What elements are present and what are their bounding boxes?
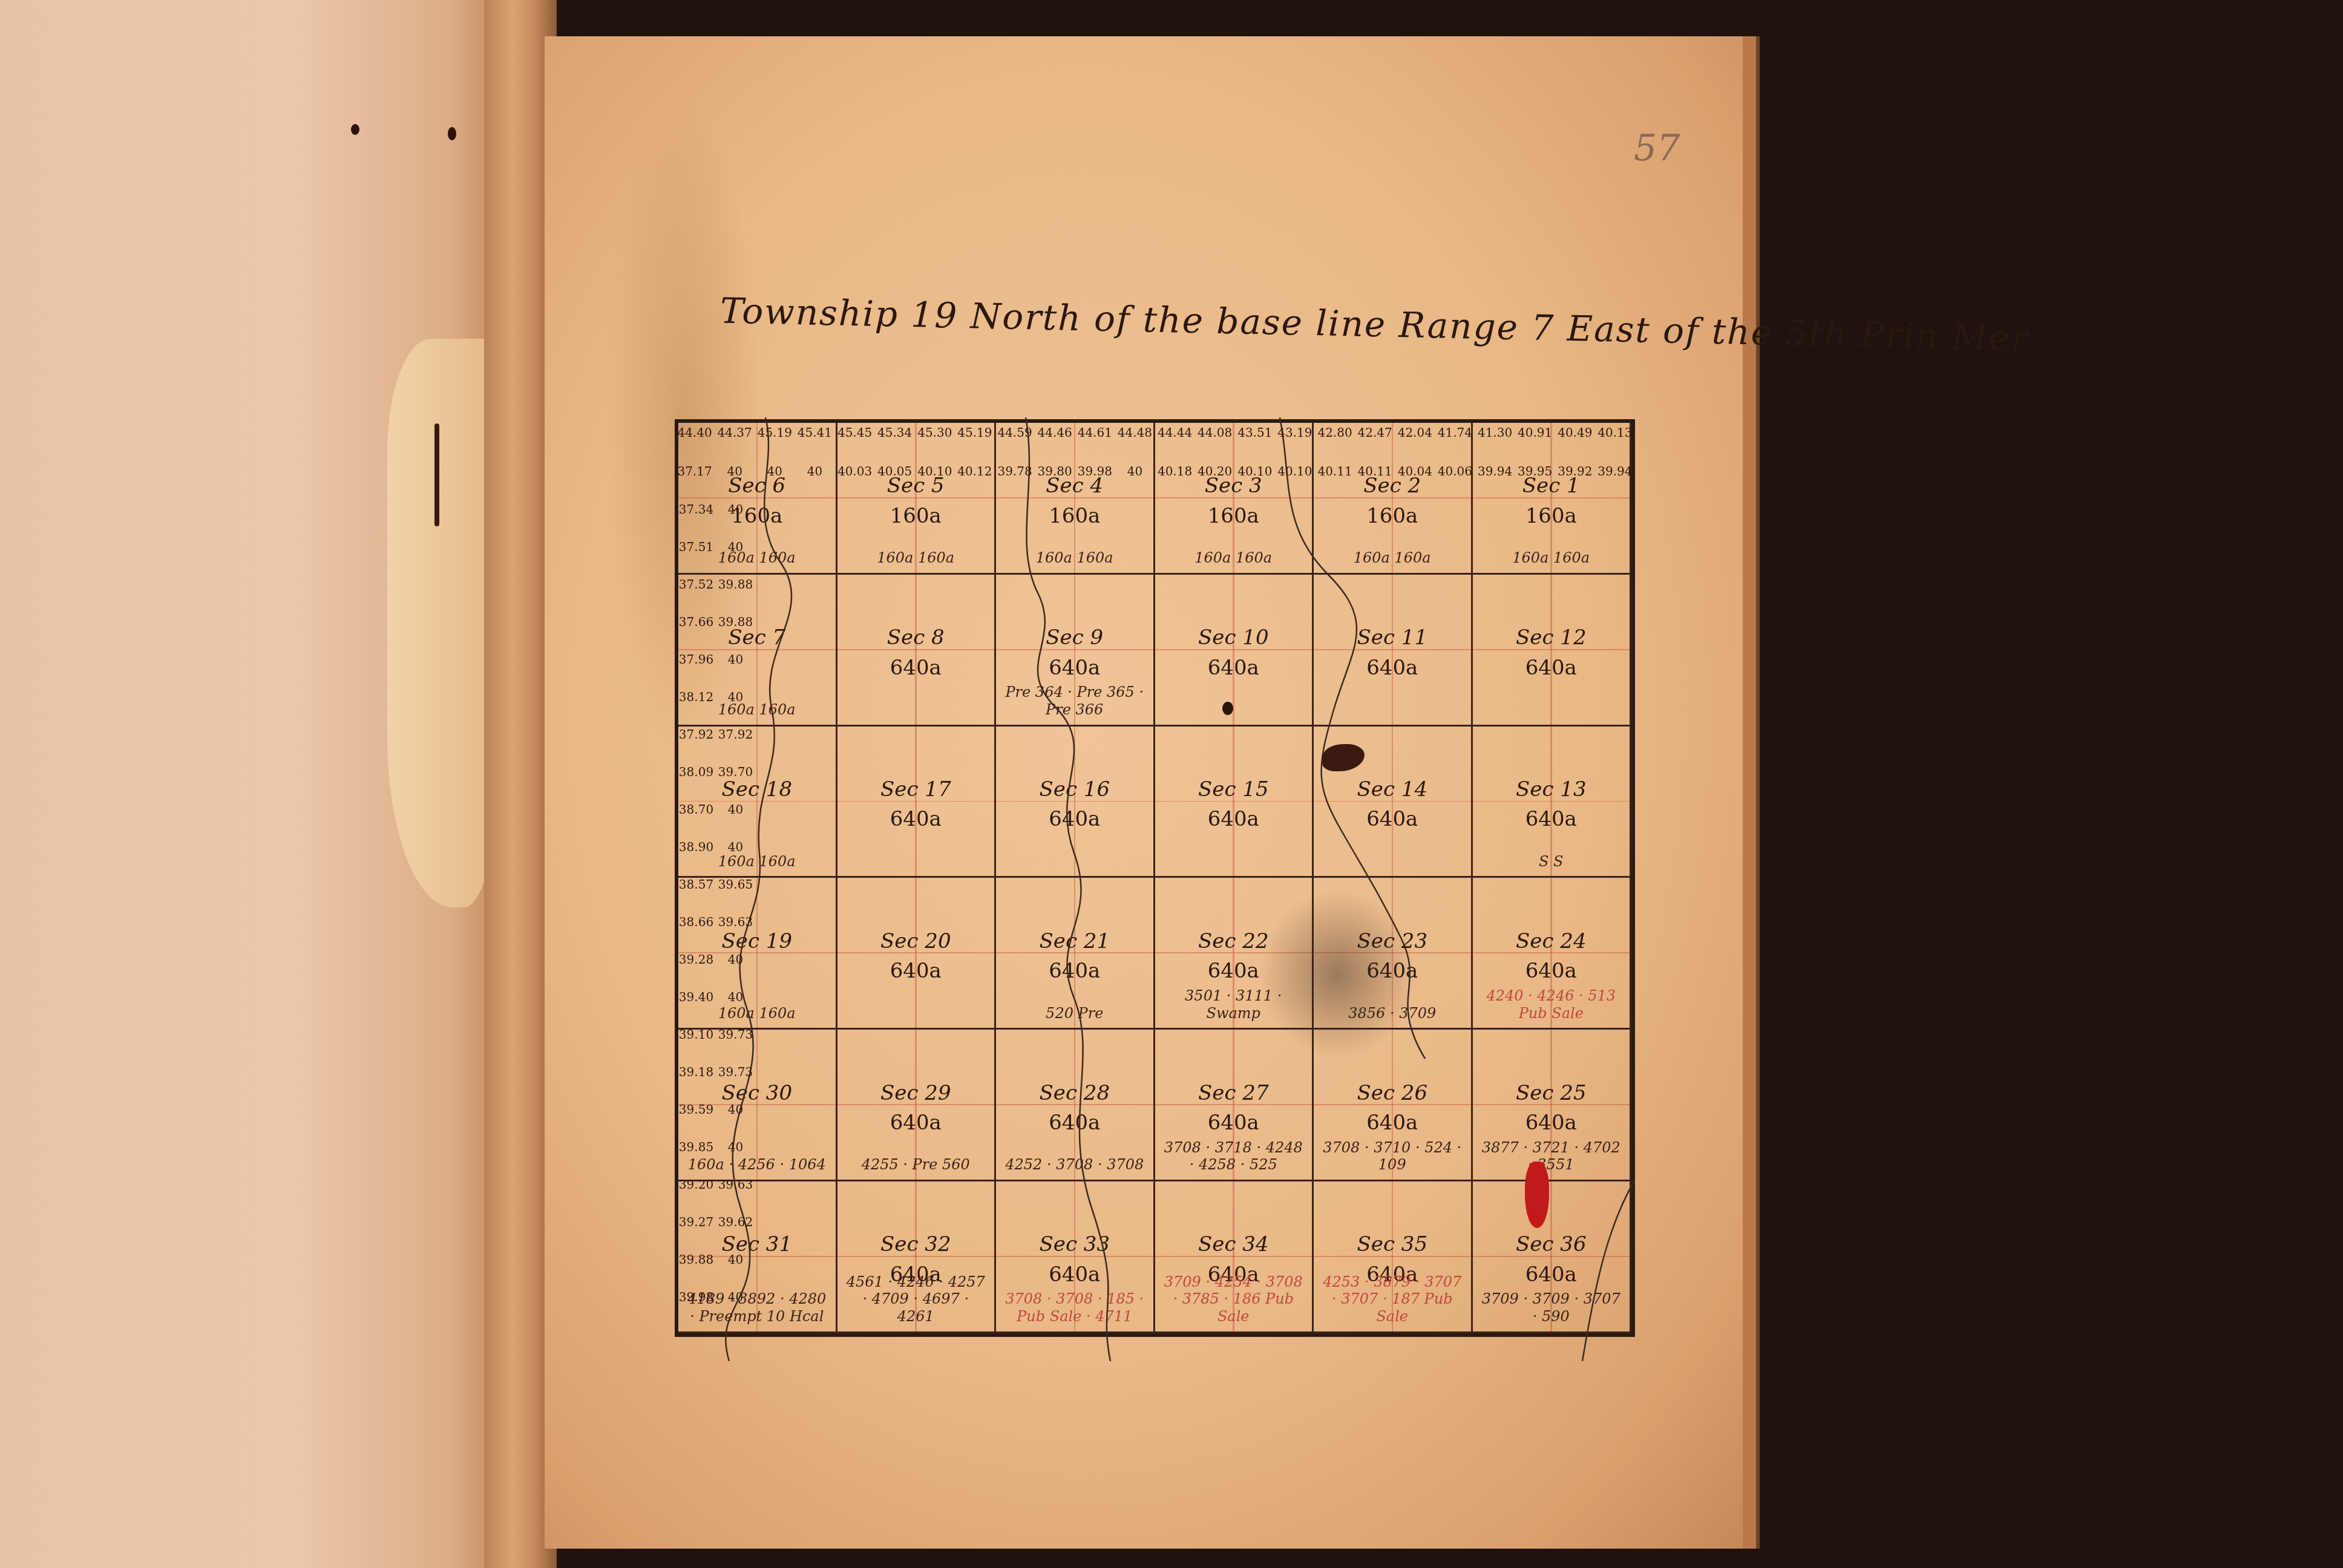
lot-acreage: 39.98 — [677, 1290, 716, 1304]
section-cell: Sec 15640a — [1155, 727, 1314, 878]
section-notes: 3709 · 4254 · 3708 · 3785 · 186 Pub Sale — [1160, 1273, 1308, 1325]
lot-acreage: 37.66 — [677, 615, 716, 629]
red-ink-stain — [1525, 1161, 1549, 1228]
west-lot-row: 39.4040 — [677, 990, 755, 1004]
section-cell: Sec 35640a4253 · 3879 · 3707 · 3707 · 18… — [1314, 1181, 1473, 1333]
west-lot-row: 38.6639.63 — [677, 915, 755, 929]
lot-acreage: 40 — [716, 990, 755, 1004]
section-acreage: 640a — [837, 1111, 995, 1135]
lot-acreage: 37.34 — [677, 502, 716, 517]
section-label: Sec 21 — [996, 929, 1153, 953]
section-notes: 520 Pre — [1001, 1005, 1149, 1022]
lot-acreage: 45.41 — [795, 425, 834, 440]
lot-acreage: 40.11 — [1315, 464, 1355, 479]
west-lot-row: 37.5239.88 — [677, 577, 755, 592]
lot-acreage: 40 — [716, 840, 755, 854]
lot-acreage: 39.88 — [677, 1252, 716, 1267]
lot-acreage: 42.47 — [1355, 425, 1395, 440]
section-notes: S S — [1478, 853, 1625, 871]
section-acreage: 640a — [1155, 807, 1312, 831]
lot-acreage: 40.12 — [955, 464, 995, 479]
section-acreage: 160a — [1155, 504, 1312, 528]
lot-acreage: 37.96 — [677, 652, 716, 667]
lot-acreage: 39.59 — [677, 1102, 716, 1117]
lot-acreage: 39.73 — [716, 1027, 755, 1042]
west-lot-row: 39.1839.73 — [677, 1065, 755, 1079]
lot-acreage: 38.70 — [677, 802, 716, 817]
section-cell: Sec 3160a160a 160a — [1155, 423, 1314, 575]
lot-acreage: 40.03 — [835, 464, 875, 479]
section-label: Sec 15 — [1155, 777, 1312, 802]
west-lot-row: 39.8840 — [677, 1252, 755, 1267]
lot-acreage: 39.73 — [716, 1065, 755, 1079]
lot-acreage: 39.88 — [716, 615, 755, 629]
lot-acreage: 39.88 — [716, 577, 755, 592]
section-notes: 160a · 4256 · 1064 — [683, 1156, 831, 1174]
lot-acreage: 40.20 — [1195, 464, 1235, 479]
section-notes: 4561 · 4246 · 4257 · 4709 · 4697 · 4261 — [842, 1273, 990, 1325]
section-cell: Sec 34640a3709 · 4254 · 3708 · 3785 · 18… — [1155, 1181, 1314, 1333]
section-cell: Sec 16640a — [996, 727, 1155, 878]
section-notes: 3708 · 3708 · 185 · Pub Sale · 4711 — [1001, 1290, 1149, 1325]
section-acreage: 640a — [837, 807, 995, 831]
lot-acreage: 39.80 — [1035, 464, 1075, 479]
section-notes: 160a 160a — [1160, 549, 1308, 567]
lot-acreage: 44.46 — [1035, 425, 1075, 440]
lot-acreage: 40 — [716, 502, 755, 517]
lot-acreage: 39.65 — [716, 877, 755, 892]
section-notes: 160a 160a — [683, 1005, 831, 1022]
lot-acreage: 40.49 — [1555, 425, 1595, 440]
lot-acreage: 42.80 — [1315, 425, 1355, 440]
page-number: 57 — [1634, 127, 1680, 169]
lot-acreage: 39.98 — [1075, 464, 1115, 479]
section-label: Sec 26 — [1314, 1081, 1471, 1105]
section-notes: Pre 364 · Pre 365 · Pre 366 — [1001, 684, 1149, 719]
township-grid: Sec 6160a160a 160aSec 5160a160a 160aSec … — [675, 419, 1635, 1337]
page-tear-slit — [434, 423, 439, 526]
lot-acreage: 40 — [755, 464, 795, 479]
lot-acreage: 45.45 — [835, 425, 875, 440]
section-cell: Sec 1160a160a 160a — [1473, 423, 1632, 575]
west-lot-row: 38.7040 — [677, 802, 755, 817]
section-cell: Sec 17640a — [837, 727, 997, 878]
section-cell: Sec 20640a — [837, 878, 997, 1030]
section-notes: 3708 · 3710 · 524 · 109 — [1319, 1139, 1466, 1174]
west-lot-row: 38.1240 — [677, 690, 755, 704]
lot-acreage: 39.92 — [1555, 464, 1595, 479]
lot-acreage: 40 — [716, 1140, 755, 1154]
lot-acreage: 39.94 — [1595, 464, 1635, 479]
west-lot-row: 37.5140 — [677, 540, 755, 554]
lot-acreage: 40 — [795, 464, 834, 479]
dark-smudge — [1259, 889, 1416, 1059]
section-notes: 160a 160a — [842, 549, 990, 567]
west-lot-row: 38.9040 — [677, 840, 755, 854]
left-page — [0, 0, 496, 1568]
section-label: Sec 10 — [1155, 626, 1312, 650]
lot-acreage: 40.18 — [1155, 464, 1195, 479]
lot-acreage: 37.92 — [716, 727, 755, 742]
lot-acreage: 38.57 — [677, 877, 716, 892]
west-lot-row: 39.2840 — [677, 952, 755, 967]
section-notes: 4255 · Pre 560 — [842, 1156, 990, 1174]
section-label: Sec 18 — [678, 777, 836, 802]
section-acreage: 640a — [1473, 1111, 1630, 1135]
lot-acreage: 39.20 — [677, 1177, 716, 1192]
lot-acreage: 37.51 — [677, 540, 716, 554]
lot-acreage: 40.10 — [1235, 464, 1275, 479]
section-notes: 160a 160a — [683, 853, 831, 871]
lot-acreage: 38.66 — [677, 915, 716, 929]
west-lot-row: 37.9640 — [677, 652, 755, 667]
west-lot-row: 39.2039.63 — [677, 1177, 755, 1192]
section-notes: 4252 · 3708 · 3708 — [1001, 1156, 1149, 1174]
section-acreage: 640a — [1155, 656, 1312, 680]
lot-acreage: 44.48 — [1115, 425, 1155, 440]
section-acreage: 640a — [1314, 656, 1471, 680]
lot-acreage: 45.34 — [875, 425, 915, 440]
section-acreage: 640a — [996, 1111, 1153, 1135]
lot-acreage: 39.94 — [1475, 464, 1515, 479]
section-label: Sec 34 — [1155, 1232, 1312, 1256]
section-label: Sec 12 — [1473, 626, 1630, 650]
lot-acreage: 40.06 — [1435, 464, 1475, 479]
section-label: Sec 30 — [678, 1081, 836, 1105]
section-acreage: 640a — [996, 656, 1153, 680]
section-notes: 3877 · 3721 · 4702 · 3551 — [1478, 1139, 1625, 1174]
section-cell: Sec 32640a4561 · 4246 · 4257 · 4709 · 46… — [837, 1181, 997, 1333]
lot-acreage: 40 — [716, 1252, 755, 1267]
lot-acreage: 44.59 — [995, 425, 1035, 440]
section-label: Sec 36 — [1473, 1232, 1630, 1256]
section-notes: 4240 · 4246 · 513 Pub Sale — [1478, 987, 1625, 1022]
lot-acreage: 40.04 — [1395, 464, 1435, 479]
section-notes: 3709 · 3709 · 3707 · 590 — [1478, 1290, 1625, 1325]
section-acreage: 640a — [1473, 807, 1630, 831]
lot-acreage: 40.13 — [1595, 425, 1635, 440]
section-acreage: 640a — [1314, 807, 1471, 831]
section-label: Sec 24 — [1473, 929, 1630, 953]
lot-acreage: 44.40 — [675, 425, 715, 440]
lot-acreage: 39.28 — [677, 952, 716, 967]
section-cell: Sec 11640a — [1314, 575, 1473, 727]
lot-acreage: 39.27 — [677, 1215, 716, 1229]
section-label: Sec 25 — [1473, 1081, 1630, 1105]
lot-acreage: 45.30 — [915, 425, 955, 440]
section-cell: Sec 12640a — [1473, 575, 1632, 727]
section-acreage: 640a — [1314, 1111, 1471, 1135]
lot-acreage: 40.10 — [915, 464, 955, 479]
section-acreage: 640a — [837, 959, 995, 983]
lot-acreage: 40.10 — [1275, 464, 1315, 479]
lot-acreage: 44.08 — [1195, 425, 1235, 440]
section-label: Sec 14 — [1314, 777, 1471, 802]
section-label: Sec 8 — [837, 626, 995, 650]
ink-spot — [448, 127, 456, 140]
section-cell: Sec 21640a520 Pre — [996, 878, 1155, 1030]
west-lot-row: 39.9840 — [677, 1290, 755, 1304]
section-notes: 3708 · 3718 · 4248 · 4258 · 525 — [1160, 1139, 1308, 1174]
section-notes: 160a 160a — [1478, 549, 1625, 567]
section-acreage: 160a — [1314, 504, 1471, 528]
section-acreage: 640a — [1473, 656, 1630, 680]
lot-acreage: 39.85 — [677, 1140, 716, 1154]
section-label: Sec 35 — [1314, 1232, 1471, 1256]
lot-acreage: 40.05 — [875, 464, 915, 479]
section-label: Sec 20 — [837, 929, 995, 953]
section-cell: Sec 24640a4240 · 4246 · 513 Pub Sale — [1473, 878, 1632, 1030]
section-cell: Sec 29640a4255 · Pre 560 — [837, 1030, 997, 1181]
lot-acreage: 43.51 — [1235, 425, 1275, 440]
lot-acreage: 38.09 — [677, 765, 716, 779]
section-cell: Sec 28640a4252 · 3708 · 3708 — [996, 1030, 1155, 1181]
lot-acreage: 43.19 — [1275, 425, 1315, 440]
section-acreage: 640a — [996, 1263, 1153, 1287]
section-label: Sec 27 — [1155, 1081, 1312, 1105]
section-acreage: 640a — [996, 807, 1153, 831]
section-acreage: 640a — [1155, 1111, 1312, 1135]
west-lot-row: 37.6639.88 — [677, 615, 755, 629]
section-notes: 4253 · 3879 · 3707 · 3707 · 187 Pub Sale — [1319, 1273, 1466, 1325]
lot-acreage: 40 — [716, 802, 755, 817]
lot-acreage: 40.91 — [1515, 425, 1555, 440]
section-acreage: 640a — [837, 656, 995, 680]
lot-acreage: 39.78 — [995, 464, 1035, 479]
section-acreage: 160a — [1473, 504, 1630, 528]
west-lot-row: 37.3440 — [677, 502, 755, 517]
section-cell: Sec 2160a160a 160a — [1314, 423, 1473, 575]
section-label: Sec 13 — [1473, 777, 1630, 802]
lot-acreage: 39.10 — [677, 1027, 716, 1042]
section-label: Sec 32 — [837, 1232, 995, 1256]
lot-acreage: 40 — [716, 652, 755, 667]
section-cell: Sec 5160a160a 160a — [837, 423, 997, 575]
west-lot-row: 38.5739.65 — [677, 877, 755, 892]
lot-acreage: 44.44 — [1155, 425, 1195, 440]
section-acreage: 640a — [996, 959, 1153, 983]
lot-acreage: 40 — [1115, 464, 1155, 479]
lot-acreage: 44.61 — [1075, 425, 1115, 440]
lot-acreage: 39.18 — [677, 1065, 716, 1079]
lot-acreage: 44.37 — [715, 425, 755, 440]
section-cell: Sec 10640a — [1155, 575, 1314, 727]
lot-acreage: 37.92 — [677, 727, 716, 742]
section-cell: Sec 33640a3708 · 3708 · 185 · Pub Sale ·… — [996, 1181, 1155, 1333]
lot-acreage: 41.30 — [1475, 425, 1515, 440]
lot-acreage: 38.90 — [677, 840, 716, 854]
lot-acreage: 40 — [716, 952, 755, 967]
north-lot-row: 37.1740404040.0340.0540.1040.1239.7839.8… — [675, 464, 1635, 479]
section-label: Sec 16 — [996, 777, 1153, 802]
lot-acreage: 39.95 — [1515, 464, 1555, 479]
lot-acreage: 37.17 — [675, 464, 715, 479]
section-notes: 160a 160a — [1319, 549, 1466, 567]
section-label: Sec 17 — [837, 777, 995, 802]
west-lot-row: 39.8540 — [677, 1140, 755, 1154]
section-label: Sec 29 — [837, 1081, 995, 1105]
lot-acreage: 39.62 — [716, 1215, 755, 1229]
lot-acreage: 38.12 — [677, 690, 716, 704]
lot-acreage: 39.40 — [677, 990, 716, 1004]
lot-acreage: 40 — [716, 1290, 755, 1304]
west-lot-row: 39.1039.73 — [677, 1027, 755, 1042]
section-label: Sec 7 — [678, 626, 836, 650]
section-cell: Sec 13640aS S — [1473, 727, 1632, 878]
lot-acreage: 40 — [715, 464, 755, 479]
lot-acreage: 37.52 — [677, 577, 716, 592]
lot-acreage: 40 — [716, 540, 755, 554]
section-notes: 160a 160a — [1001, 549, 1149, 567]
lot-acreage: 40 — [716, 690, 755, 704]
section-label: Sec 19 — [678, 929, 836, 953]
section-label: Sec 9 — [996, 626, 1153, 650]
section-acreage: 160a — [837, 504, 995, 528]
lot-acreage: 39.70 — [716, 765, 755, 779]
section-label: Sec 28 — [996, 1081, 1153, 1105]
west-lot-row: 39.5940 — [677, 1102, 755, 1117]
west-lot-row: 39.2739.62 — [677, 1215, 755, 1229]
lot-acreage: 40.11 — [1355, 464, 1395, 479]
section-cell: Sec 25640a3877 · 3721 · 4702 · 3551 — [1473, 1030, 1632, 1181]
lot-acreage: 39.63 — [716, 1177, 755, 1192]
lot-acreage: 45.19 — [755, 425, 795, 440]
section-cell: Sec 4160a160a 160a — [996, 423, 1155, 575]
west-lot-row: 38.0939.70 — [677, 765, 755, 779]
section-label: Sec 11 — [1314, 626, 1471, 650]
torn-page-edge — [387, 339, 496, 907]
section-label: Sec 33 — [996, 1232, 1153, 1256]
lot-acreage: 45.19 — [955, 425, 995, 440]
west-lot-row: 37.9237.92 — [677, 727, 755, 742]
lot-acreage: 39.63 — [716, 915, 755, 929]
lot-acreage: 42.04 — [1395, 425, 1435, 440]
section-acreage: 160a — [996, 504, 1153, 528]
lot-acreage: 40 — [716, 1102, 755, 1117]
north-lot-row: 44.4044.3745.1945.4145.4545.3445.3045.19… — [675, 425, 1635, 440]
lot-acreage: 41.74 — [1435, 425, 1475, 440]
ink-spot — [351, 124, 359, 135]
section-acreage: 640a — [1473, 1263, 1630, 1287]
ink-spot — [1222, 702, 1233, 715]
section-cell: Sec 9640aPre 364 · Pre 365 · Pre 366 — [996, 575, 1155, 727]
section-cell: Sec 36640a3709 · 3709 · 3707 · 590 — [1473, 1181, 1632, 1333]
section-cell: Sec 8640a — [837, 575, 997, 727]
section-acreage: 640a — [1473, 959, 1630, 983]
